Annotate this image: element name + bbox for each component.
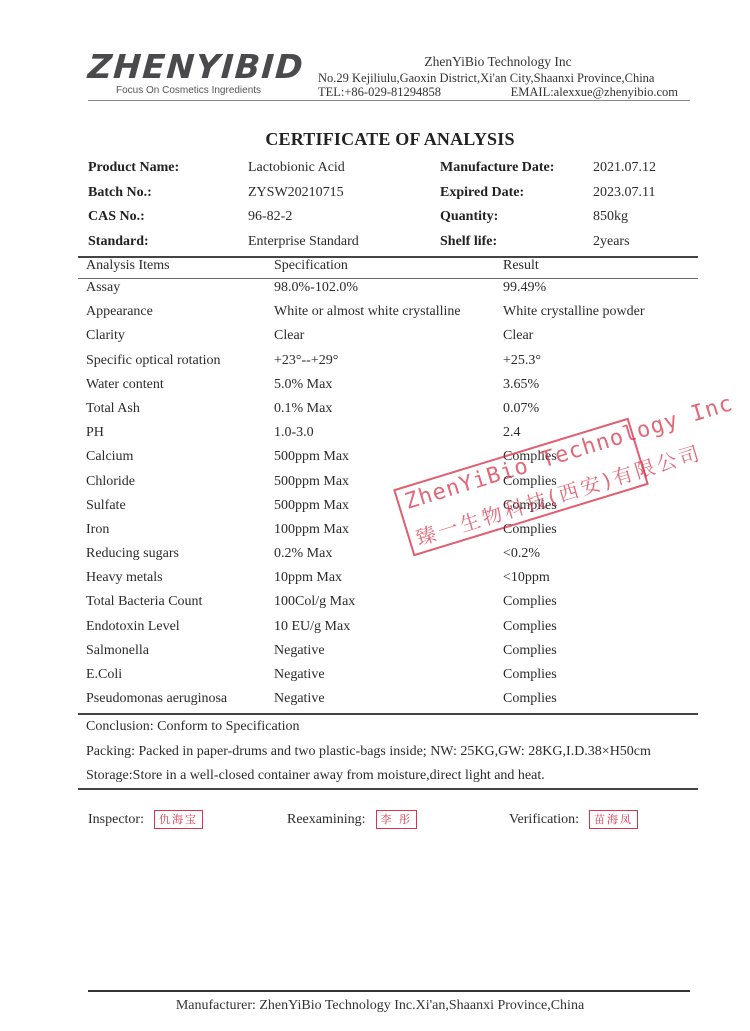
info-label: Shelf life: (440, 234, 497, 250)
info-value: 2023.07.11 (593, 185, 655, 201)
specification-value: 500ppm Max (274, 449, 349, 465)
analysis-item: Reducing sugars (86, 546, 179, 562)
info-label: CAS No.: (88, 209, 145, 225)
table-row: Specific optical rotation+23°--+29°+25.3… (86, 353, 698, 377)
info-value: 850kg (593, 209, 628, 225)
info-value: 2years (593, 234, 630, 250)
table-header: Analysis Items Specification Result (86, 258, 698, 280)
table-row: E.ColiNegativeComplies (86, 667, 698, 691)
info-label: Manufacture Date: (440, 160, 554, 176)
specification-value: 500ppm Max (274, 474, 349, 490)
company-logo: ZHENYIBID Focus On Cosmetics Ingredients (88, 50, 288, 96)
analysis-item: PH (86, 425, 104, 441)
specification-value: Clear (274, 328, 304, 344)
signature-label: Verification: (509, 812, 579, 828)
analysis-item: Chloride (86, 474, 135, 490)
specification-value: White or almost white crystalline (274, 304, 461, 320)
column-header-items: Analysis Items (86, 258, 170, 274)
info-label: Quantity: (440, 209, 498, 225)
specification-value: 5.0% Max (274, 377, 332, 393)
result-value: 99.49% (503, 280, 546, 296)
table-row: Total Ash0.1% Max0.07% (86, 401, 698, 425)
result-value: 0.07% (503, 401, 539, 417)
info-value: Lactobionic Acid (248, 160, 345, 176)
footer-divider (88, 990, 690, 992)
specification-value: 98.0%-102.0% (274, 280, 358, 296)
table-header-divider (78, 278, 698, 279)
table-row: SalmonellaNegativeComplies (86, 643, 698, 667)
analysis-item: Endotoxin Level (86, 619, 180, 635)
result-value: <0.2% (503, 546, 540, 562)
notes-section: Conclusion: Conform to Specification Pac… (86, 719, 698, 793)
specification-value: 100ppm Max (274, 522, 349, 538)
result-value: Complies (503, 594, 557, 610)
info-label: Product Name: (88, 160, 179, 176)
analysis-item: E.Coli (86, 667, 122, 683)
reexamining-stamp: 李 彤 (376, 810, 418, 829)
signature-inspector: Inspector: 仇海宝 (88, 810, 203, 829)
info-value: 96-82-2 (248, 209, 292, 225)
specification-value: Negative (274, 667, 325, 683)
table-row: Reducing sugars0.2% Max<0.2% (86, 546, 698, 570)
company-name: ZhenYiBio Technology Inc (318, 55, 678, 69)
result-value: Complies (503, 643, 557, 659)
specification-value: 0.1% Max (274, 401, 332, 417)
packing-text: Packing: Packed in paper-drums and two p… (86, 744, 698, 769)
signature-label: Inspector: (88, 812, 144, 828)
specification-value: 1.0-3.0 (274, 425, 314, 441)
company-phone: TEL:+86-029-81294858 (318, 85, 441, 99)
result-value: 3.65% (503, 377, 539, 393)
logo-tagline: Focus On Cosmetics Ingredients (116, 85, 288, 96)
signature-label: Reexamining: (287, 812, 366, 828)
info-value: 2021.07.12 (593, 160, 656, 176)
company-email: EMAIL:alexxue@zhenyibio.com (511, 85, 678, 99)
info-row: Standard:Enterprise StandardShelf life:2… (88, 234, 698, 259)
result-value: Complies (503, 619, 557, 635)
conclusion-text: Conclusion: Conform to Specification (86, 719, 698, 744)
analysis-item: Iron (86, 522, 109, 538)
company-info: ZhenYiBio Technology Inc No.29 Kejiliulu… (318, 55, 678, 99)
company-address: No.29 Kejiliulu,Gaoxin District,Xi'an Ci… (318, 71, 678, 85)
analysis-item: Pseudomonas aeruginosa (86, 691, 227, 707)
header-divider (88, 100, 690, 101)
analysis-item: Clarity (86, 328, 125, 344)
table-row: Iron100ppm MaxComplies (86, 522, 698, 546)
table-row: Assay98.0%-102.0%99.49% (86, 280, 698, 304)
result-value: <10ppm (503, 570, 550, 586)
info-label: Expired Date: (440, 185, 524, 201)
specification-value: Negative (274, 691, 325, 707)
info-row: CAS No.:96-82-2Quantity:850kg (88, 209, 698, 234)
analysis-item: Sulfate (86, 498, 126, 514)
signature-reexamining: Reexamining: 李 彤 (287, 810, 417, 829)
signature-verification: Verification: 苗海凤 (509, 810, 638, 829)
verification-stamp: 苗海凤 (589, 810, 638, 829)
result-value: +25.3° (503, 353, 541, 369)
table-row: Water content5.0% Max3.65% (86, 377, 698, 401)
table-row: Heavy metals10ppm Max<10ppm (86, 570, 698, 594)
result-value: Complies (503, 691, 557, 707)
table-row: Endotoxin Level10 EU/g MaxComplies (86, 619, 698, 643)
specification-value: 0.2% Max (274, 546, 332, 562)
info-row: Product Name:Lactobionic AcidManufacture… (88, 160, 698, 185)
info-label: Batch No.: (88, 185, 152, 201)
analysis-item: Assay (86, 280, 120, 296)
table-row: Pseudomonas aeruginosaNegativeComplies (86, 691, 698, 715)
result-value: White crystalline powder (503, 304, 645, 320)
table-row: ClarityClearClear (86, 328, 698, 352)
table-row: AppearanceWhite or almost white crystall… (86, 304, 698, 328)
certificate-page: ZHENYIBID Focus On Cosmetics Ingredients… (0, 0, 750, 1031)
info-label: Standard: (88, 234, 149, 250)
document-title: CERTIFICATE OF ANALYSIS (0, 129, 750, 150)
specification-value: +23°--+29° (274, 353, 338, 369)
info-value: ZYSW20210715 (248, 185, 344, 201)
analysis-item: Salmonella (86, 643, 149, 659)
specification-value: 10 EU/g Max (274, 619, 350, 635)
logo-wordmark: ZHENYIBID (87, 50, 289, 84)
analysis-item: Water content (86, 377, 164, 393)
specification-value: 500ppm Max (274, 498, 349, 514)
analysis-item: Total Bacteria Count (86, 594, 202, 610)
company-contact: TEL:+86-029-81294858 EMAIL:alexxue@zheny… (318, 85, 678, 99)
result-value: Clear (503, 328, 533, 344)
analysis-item: Heavy metals (86, 570, 163, 586)
footer-manufacturer: Manufacturer: ZhenYiBio Technology Inc.X… (0, 998, 750, 1014)
table-row: Total Bacteria Count100Col/g MaxComplies (86, 594, 698, 618)
analysis-item: Total Ash (86, 401, 140, 417)
specification-value: 10ppm Max (274, 570, 342, 586)
column-header-result: Result (503, 258, 539, 274)
analysis-item: Calcium (86, 449, 133, 465)
table-row: Sulfate500ppm MaxComplies (86, 498, 698, 522)
inspector-stamp: 仇海宝 (154, 810, 203, 829)
result-value: Complies (503, 667, 557, 683)
analysis-item: Appearance (86, 304, 153, 320)
column-header-specification: Specification (274, 258, 348, 274)
notes-divider (78, 788, 698, 790)
specification-value: Negative (274, 643, 325, 659)
info-value: Enterprise Standard (248, 234, 359, 250)
table-bottom-divider (78, 713, 698, 715)
product-info: Product Name:Lactobionic AcidManufacture… (88, 160, 698, 258)
signatures: Inspector: 仇海宝 Reexamining: 李 彤 Verifica… (88, 810, 688, 836)
analysis-item: Specific optical rotation (86, 353, 221, 369)
result-value: 2.4 (503, 425, 521, 441)
info-row: Batch No.:ZYSW20210715Expired Date:2023.… (88, 185, 698, 210)
specification-value: 100Col/g Max (274, 594, 355, 610)
